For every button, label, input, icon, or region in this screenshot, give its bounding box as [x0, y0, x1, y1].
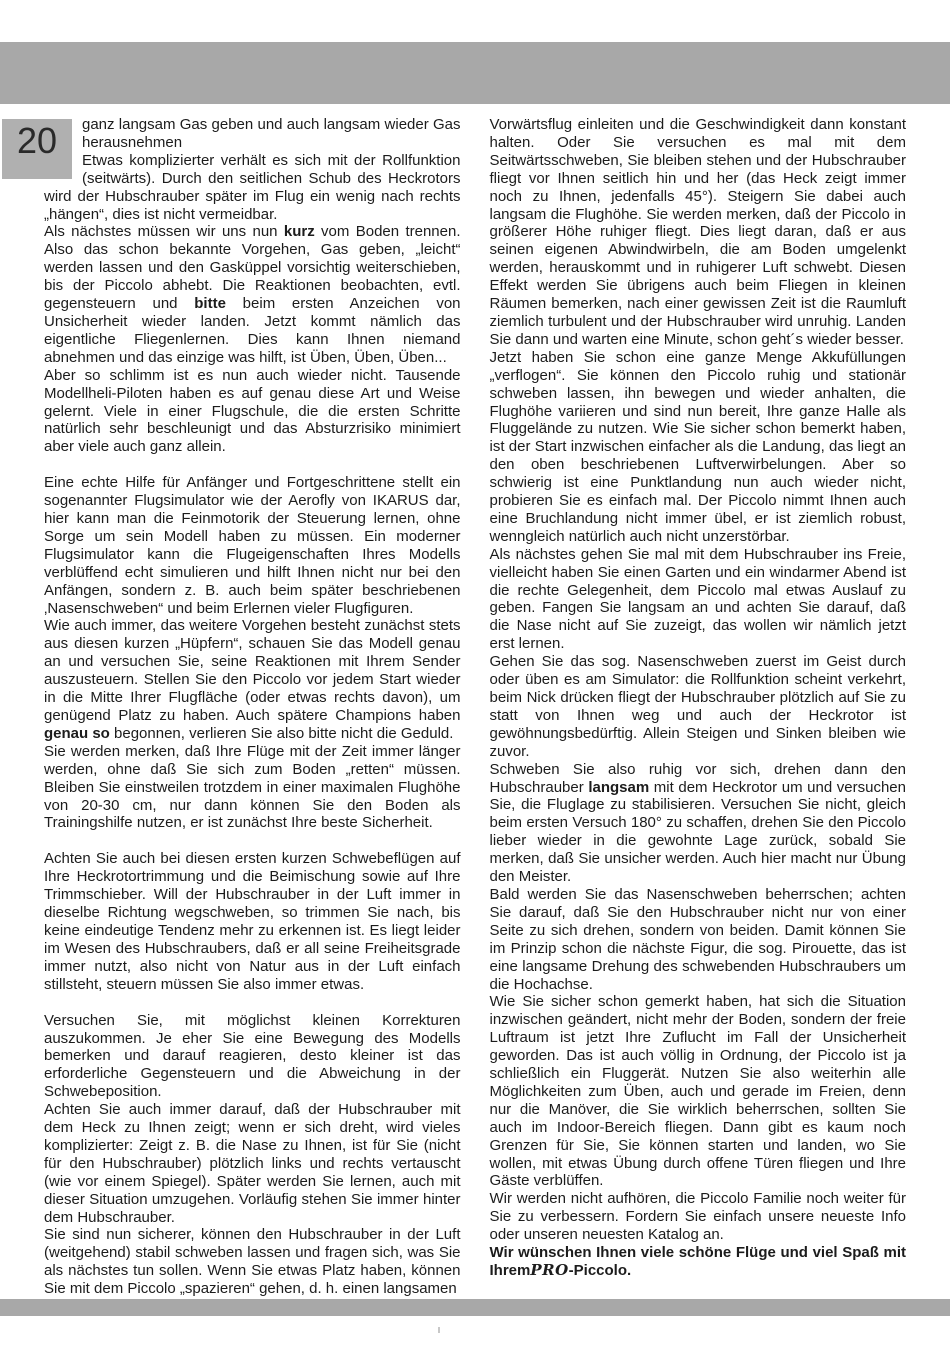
paragraph: Gehen Sie das sog. Nasenschweben zuerst … [490, 653, 907, 760]
page-number: 20 [17, 119, 57, 163]
text-column-right: Vorwärtsflug einleiten und die Geschwind… [490, 116, 907, 1298]
page-number-box: 20 [2, 119, 72, 179]
emphasized-text: genau so [44, 725, 110, 742]
paragraph: Aber so schlimm ist es nun auch wieder n… [44, 367, 461, 457]
text-column-left: 20 ganz langsam Gas geben und auch langs… [44, 116, 461, 1298]
paragraph: Vorwärtsflug einleiten und die Geschwind… [490, 116, 907, 349]
paragraph: Etwas komplizierter verhält es sich mit … [44, 152, 461, 224]
paragraph: Wir wünschen Ihnen viele schöne Flüge un… [490, 1244, 907, 1280]
paragraph: Wir werden nicht aufhören, die Piccolo F… [490, 1190, 907, 1244]
paragraph: Wie Sie sicher schon gemerkt haben, hat … [490, 993, 907, 1190]
paragraph: Wie auch immer, das weitere Vorgehen bes… [44, 617, 461, 742]
paragraph: Versuchen Sie, mit möglichst kleinen Kor… [44, 1012, 461, 1102]
paragraph: Sie sind nun sicherer, können den Hubsch… [44, 1226, 461, 1298]
header-bar [0, 42, 950, 104]
page-content: 20 ganz langsam Gas geben und auch langs… [44, 116, 906, 1298]
paragraph: Eine echte Hilfe für Anfänger und Fortge… [44, 474, 461, 617]
paragraph: Jetzt haben Sie schon eine ganze Menge A… [490, 349, 907, 546]
footer-bar [0, 1299, 950, 1316]
paragraph: Als nächstes gehen Sie mal mit dem Hubsc… [490, 546, 907, 653]
document-page: 20 ganz langsam Gas geben und auch langs… [0, 0, 950, 1348]
emphasized-text: bitte [194, 295, 226, 312]
paragraph: Sie werden merken, daß Ihre Flüge mit de… [44, 743, 461, 833]
paragraph: Schweben Sie also ruhig vor sich, drehen… [490, 761, 907, 886]
scan-artifact [438, 1327, 440, 1333]
paragraph: Achten Sie auch bei diesen ersten kurzen… [44, 850, 461, 993]
paragraph: ganz langsam Gas geben und auch langsam … [44, 116, 461, 152]
pro-logo-text: PRO [530, 1261, 568, 1279]
paragraph: Als nächstes müssen wir uns nun kurz vom… [44, 223, 461, 366]
paragraph: Bald werden Sie das Nasenschweben beherr… [490, 886, 907, 993]
emphasized-text: kurz [284, 223, 315, 240]
paragraph: Achten Sie auch immer darauf, daß der Hu… [44, 1101, 461, 1226]
emphasized-text: langsam [588, 779, 649, 796]
